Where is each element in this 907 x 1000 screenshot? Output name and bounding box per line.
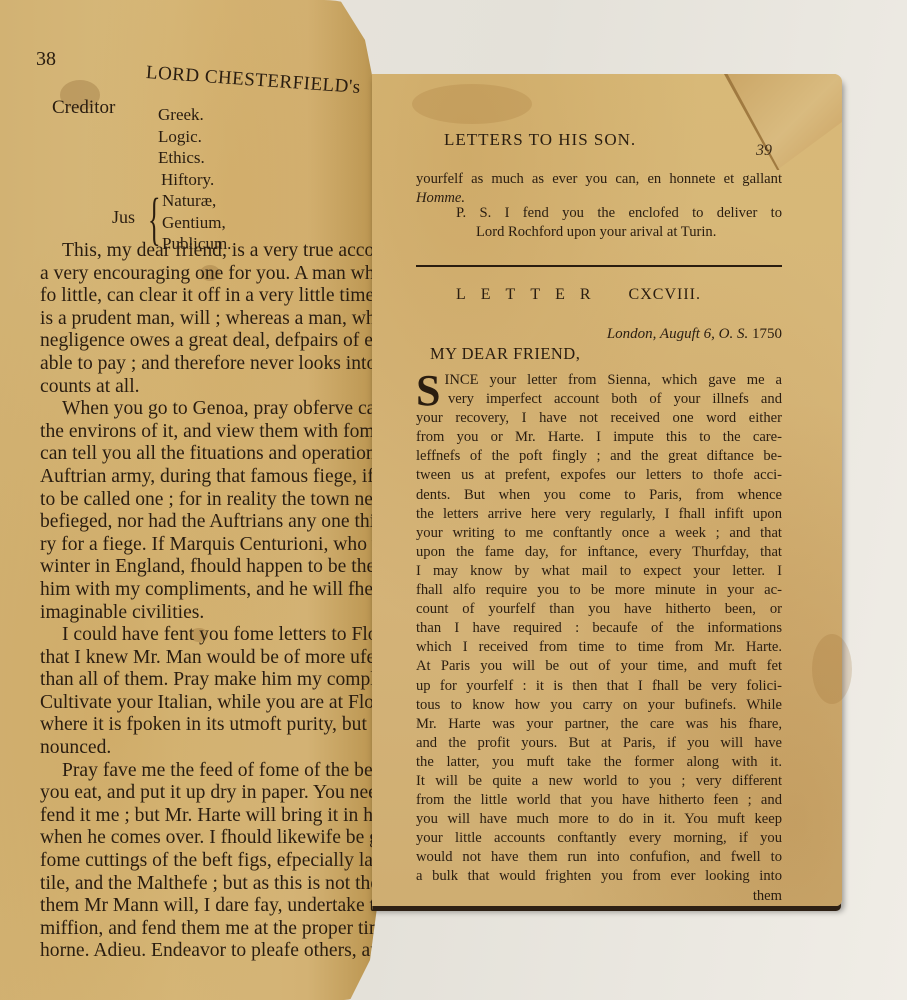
letter-word: LETTER bbox=[456, 286, 606, 303]
paragraph: Pray fave me the feed of fome of the bef… bbox=[40, 760, 375, 963]
text-line: where it is fpoken in its utmoft purity,… bbox=[40, 714, 375, 737]
continuation-text: yourfelf as much as ever you can, en hon… bbox=[416, 170, 782, 208]
text-line: than all of them. Pray make him my compl… bbox=[40, 669, 375, 692]
text-line: This, my dear friend, is a very true acc… bbox=[40, 240, 375, 263]
text-line: nounced. bbox=[40, 737, 375, 760]
paper-stain bbox=[812, 634, 852, 704]
text-line: It will be quite a new world to you ; ve… bbox=[416, 772, 782, 791]
subjects-list: Greek. Logic. Ethics. Hiftory. Naturæ, G… bbox=[158, 104, 231, 255]
text-line: tween us at prefent, expofes our letters… bbox=[416, 466, 782, 485]
text-line: very imperfect account both of your illn… bbox=[416, 390, 782, 409]
text-line: to be called one ; for in reality the to… bbox=[40, 489, 375, 512]
subject-item: Ethics. bbox=[158, 147, 231, 169]
subject-item: Hiftory. bbox=[161, 169, 231, 191]
dateline-place: London, Auguft 6, O. S. bbox=[607, 326, 748, 342]
text-line: can tell you all the fituations and oper… bbox=[40, 443, 375, 466]
text-line: would not have them run into confufion, … bbox=[416, 848, 782, 867]
text-line: fo little, can clear it off in a very li… bbox=[40, 285, 375, 308]
text-line: upon the fame day, for inftance, every T… bbox=[416, 543, 782, 562]
text-line: your little accounts conftantly every mo… bbox=[416, 829, 782, 848]
salutation: MY DEAR FRIEND, bbox=[430, 344, 580, 364]
text-line: tous to know how you carry on your bufin… bbox=[416, 696, 782, 715]
text-line: the latter, you muft take the former alo… bbox=[416, 753, 782, 772]
text-line: Pray fave me the feed of fome of the bef… bbox=[40, 760, 375, 783]
folded-corner bbox=[724, 74, 842, 170]
text-line: counts at all. bbox=[40, 376, 375, 399]
left-page: 38 LORD CHESTERFIELD's Creditor Greek. L… bbox=[0, 0, 384, 1000]
page-number-right: 39 bbox=[756, 142, 772, 160]
text-line: you eat, and put it up dry in paper. You… bbox=[40, 782, 375, 805]
paragraph: This, my dear friend, is a very true acc… bbox=[40, 240, 375, 398]
text-line: negligence owes a great deal, defpairs o… bbox=[40, 330, 375, 353]
left-page-body: This, my dear friend, is a very true acc… bbox=[40, 240, 375, 963]
text-line: the letters arrive here very regularly, … bbox=[416, 505, 782, 524]
text-line: Cultivate your Italian, while you are at… bbox=[40, 692, 375, 715]
jus-item: Gentium, bbox=[162, 212, 231, 234]
text-line: fhall alfo require you to be more minute… bbox=[416, 581, 782, 600]
running-head-left: LORD CHESTERFIELD's bbox=[145, 62, 361, 99]
text-line: leffnefs of the poft fingly ; and the gr… bbox=[416, 447, 782, 466]
text-line: up for yourfelf : it is then that I fhal… bbox=[416, 677, 782, 696]
jus-item: Naturæ, bbox=[162, 190, 231, 212]
jus-label: Jus bbox=[112, 207, 135, 228]
letter-body: S INCE your letter from Sienna, which ga… bbox=[416, 371, 782, 906]
letter-heading: LETTER CXCVIII. bbox=[456, 286, 701, 304]
text-line: them Mr Mann will, I dare fay, undertake… bbox=[40, 895, 375, 918]
paragraph: I could have fent you fome letters to Fl… bbox=[40, 624, 375, 760]
text-line: I may know by what mail to expect your l… bbox=[416, 562, 782, 581]
text-line: the environs of it, and view them with f… bbox=[40, 421, 375, 444]
dateline-year: 1750 bbox=[752, 326, 782, 342]
text-line: miffion, and fend them me at the proper … bbox=[40, 918, 375, 941]
page-number-left: 38 bbox=[36, 48, 56, 71]
subject-item: Logic. bbox=[158, 126, 231, 148]
text-line: from the little world that you have hith… bbox=[416, 791, 782, 810]
postscript: P. S. I fend you the enclofed to deliver… bbox=[456, 204, 782, 242]
text-line: you will have much more to do in it. You… bbox=[416, 810, 782, 829]
catchword: them bbox=[416, 887, 782, 906]
text-line: winter in England, fhould happen to be t… bbox=[40, 556, 375, 579]
text-line: yourfelf as much as ever you can, en hon… bbox=[416, 170, 782, 189]
text-line: P. S. I fend you the enclofed to deliver… bbox=[456, 204, 782, 223]
text-line: that I knew Mr. Man would be of more ufe… bbox=[40, 647, 375, 670]
text-line: able to pay ; and therefore never looks … bbox=[40, 353, 375, 376]
text-line: befieged, nor had the Auftrians any one … bbox=[40, 511, 375, 534]
text-line: which I received from time to time from … bbox=[416, 638, 782, 657]
text-line: fend it me ; but Mr. Harte will bring it… bbox=[40, 805, 375, 828]
text-line: fome cuttings of the beft figs, efpecial… bbox=[40, 850, 375, 873]
text-line: is a prudent man, will ; whereas a man, … bbox=[40, 308, 375, 331]
text-line: dents. But when you come to Paris, from … bbox=[416, 486, 782, 505]
text-line: a bulk that would frighten you from ever… bbox=[416, 867, 782, 886]
text-line: him with my compliments, and he will fhe… bbox=[40, 579, 375, 602]
paper-stain bbox=[412, 84, 532, 124]
text-line: horne. Adieu. Endeavor to pleafe others,… bbox=[40, 940, 375, 963]
creditor-label: Creditor bbox=[52, 97, 115, 119]
drop-cap: S bbox=[416, 373, 440, 409]
text-line: Auftrian army, during that famous fiege,… bbox=[40, 466, 375, 489]
dateline: London, Auguft 6, O. S. 1750 bbox=[607, 326, 782, 343]
text-line: INCE your letter from Sienna, which gave… bbox=[416, 371, 782, 390]
text-line: count of yourfelf than you have hitherto… bbox=[416, 600, 782, 619]
letter-number: CXCVIII. bbox=[629, 286, 701, 303]
text-line: Lord Rochford upon your arival at Turin. bbox=[456, 223, 782, 242]
text-line: and the profit yours. But at Paris, if y… bbox=[416, 734, 782, 753]
text-line: your recovery, I have not received one w… bbox=[416, 409, 782, 428]
text-line: tile, and the Malthefe ; but as this is … bbox=[40, 873, 375, 896]
subject-item: Greek. bbox=[158, 104, 231, 126]
text-line: imaginable civilities. bbox=[40, 602, 375, 625]
text-line: I could have fent you fome letters to Fl… bbox=[40, 624, 375, 647]
text-line: Mr. Harte was your partner, the care was… bbox=[416, 715, 782, 734]
text-line: your writing to me conftantly once a wee… bbox=[416, 524, 782, 543]
text-line: ry for a fiege. If Marquis Centurioni, w… bbox=[40, 534, 375, 557]
section-divider bbox=[416, 265, 782, 267]
paragraph: When you go to Genoa, pray obferve caref… bbox=[40, 398, 375, 624]
text-line: When you go to Genoa, pray obferve caref… bbox=[40, 398, 375, 421]
right-page: LETTERS TO HIS SON. 39 yourfelf as much … bbox=[372, 74, 842, 906]
text-line: from you or Mr. Harte. I impute this to … bbox=[416, 428, 782, 447]
text-line: than I have required : becaufe of the in… bbox=[416, 619, 782, 638]
text-line: when he comes over. I fhould likewife be… bbox=[40, 827, 375, 850]
text-line: At Paris you will be out of your time, a… bbox=[416, 657, 782, 676]
running-head-right: LETTERS TO HIS SON. bbox=[444, 130, 636, 150]
text-line: a very encouraging one for you. A man wh… bbox=[40, 263, 375, 286]
